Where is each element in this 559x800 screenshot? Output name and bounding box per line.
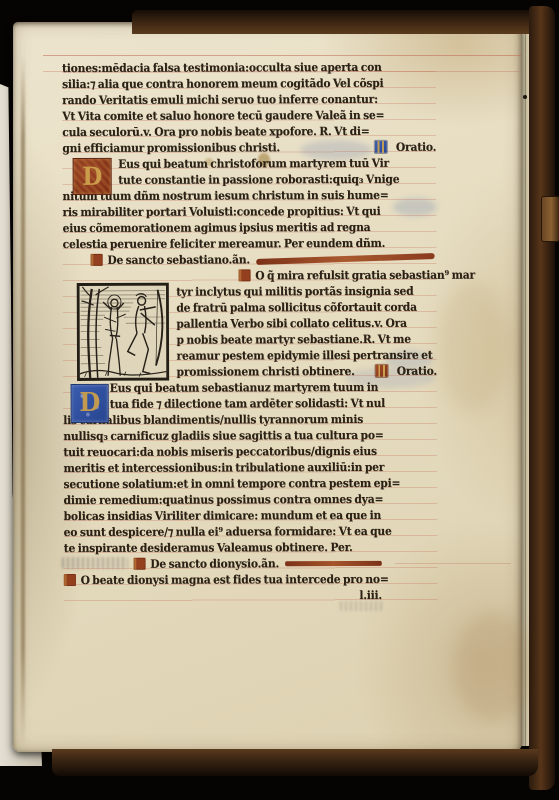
text-line: pallentia Verbo sibi collato celitus.v. …	[176, 315, 436, 332]
leather-cover-bottom-edge	[52, 749, 538, 776]
text-segment: promissionem christi obtinere.	[177, 363, 355, 380]
manuscript-page: tiones:mēdacia falsa testimonia:occulta …	[13, 22, 522, 752]
leather-cover-right-edge	[529, 6, 555, 790]
illuminated-initial-gold-icon: D	[73, 158, 112, 195]
text-line: O q̃ mira refulsit gratia sebastian⁹ mar	[238, 267, 436, 284]
stain	[523, 95, 527, 99]
text-line: p nobis beate martyr sebastiane.R. Vt me	[176, 331, 436, 348]
oratio-rubric: Oratio.	[397, 363, 437, 379]
heading-line: De sancto dionysio.ãn.	[133, 555, 437, 572]
text-line: cula seculorū.v. Ora pro nobis beate xpo…	[62, 123, 436, 140]
stain	[438, 282, 508, 412]
text-line: lis carnalibus blandimentis/nullis tyran…	[63, 411, 437, 428]
leather-cover-top-edge	[132, 10, 540, 34]
rubric-line-filler	[285, 560, 382, 565]
oratio-rubric: Oratio.	[396, 139, 436, 155]
text-line: dimie remedium:quatinus possimus contra …	[64, 491, 438, 508]
text-segment: O beate dionysi magna est fides tua inte…	[81, 571, 389, 588]
book-clasp	[541, 196, 559, 242]
text-line: nullisq₃ carnificuz gladiis siue sagitti…	[63, 427, 437, 444]
heading-sebastian: De sancto sebastiano.ãn.	[107, 251, 250, 267]
rubric-line-filler	[256, 253, 434, 265]
text-line: bolicas insidias Viriliter dimicare: mun…	[64, 507, 438, 524]
text-line: nitum tuum dñm nostrum iesum christum in…	[62, 187, 436, 204]
text-line: Eus qui beatum sebastianuz martyrem tuum…	[110, 379, 437, 396]
text-line: promissionem christi obtinere. Oratio.	[177, 363, 437, 380]
text-line: secutione solatium:et in omni tempore co…	[63, 475, 437, 492]
text-line: O beate dionysi magna est fides tua inte…	[64, 571, 438, 588]
text-line: tiones:mēdacia falsa testimonia:occulta …	[62, 59, 436, 76]
initial-letter: D	[79, 386, 100, 421]
folio-text: l.iii.	[359, 588, 382, 602]
text-line: de fratrū palma sollicitus cõfortauit co…	[176, 299, 436, 316]
heading-dionysius: De sancto dionysio.ãn.	[150, 555, 279, 571]
heading-line: De sancto sebastiano.ãn.	[91, 251, 437, 268]
text-line: tute constantie in passione roborasti:qu…	[118, 171, 436, 188]
red-ruling-line	[43, 55, 521, 56]
text-line: tyr inclytus qui militis portãs insignia…	[176, 283, 436, 300]
red-paragraph-mark-icon	[133, 558, 145, 570]
text-block: tiones:mēdacia falsa testimonia:occulta …	[62, 59, 438, 604]
red-paragraph-mark-icon	[239, 269, 251, 281]
text-line: tuit reuocari:da nobis miseris peccatori…	[63, 443, 437, 460]
text-line: gni efficiamur promissionibus christi. O…	[62, 139, 436, 156]
text-line: reamur pestem epidymie illesi pertransir…	[176, 347, 436, 364]
text-line: ris mirabiliter portari Voluisti:concede…	[63, 203, 437, 220]
text-line: silia:⁊ alia que contra honorem meum cog…	[62, 75, 436, 92]
text-line: te inspirante desideramus Valeamus obtin…	[64, 539, 438, 556]
blue-gold-paragraph-mark-icon	[375, 141, 387, 153]
text-line: eius cõmemorationem agimus ipsius meriti…	[63, 219, 437, 236]
text-segment: gni efficiamur promissionibus christi.	[62, 139, 280, 156]
red-gold-paragraph-mark-icon	[375, 365, 387, 377]
text-segment: O q̃ mira refulsit gratia sebastian⁹ mar	[255, 267, 475, 284]
text-line: tua fide ⁊ dilectione tam ardēter solida…	[110, 395, 437, 412]
text-line: Vt Vita comite et saluo honore tecū gaud…	[62, 107, 436, 124]
illuminated-initial-blue-icon: D	[71, 384, 109, 423]
red-paragraph-mark-icon	[91, 254, 103, 266]
book-photograph: { "page": { "folio": "l.iii.", "labels":…	[0, 0, 559, 800]
text-line: rando Veritatis emuli michi seruo tuo in…	[62, 91, 436, 108]
text-line: Eus qui beatum christoforum martyrem tuū…	[118, 155, 436, 172]
text-line: eo sunt despicere/⁊ nulla ei⁹ aduersa fo…	[64, 523, 438, 540]
red-paragraph-mark-icon	[64, 574, 76, 586]
folio-number: l.iii.	[64, 587, 438, 604]
initial-letter: D	[82, 160, 102, 193]
gutter-crease	[21, 56, 25, 744]
text-line: meritis et intercessionibus:in tribulati…	[63, 459, 437, 476]
text-line: celestia peruenire feliciter mereamur. P…	[63, 235, 437, 252]
st-sebastian-woodcut-icon	[74, 283, 172, 381]
stain	[453, 612, 533, 722]
